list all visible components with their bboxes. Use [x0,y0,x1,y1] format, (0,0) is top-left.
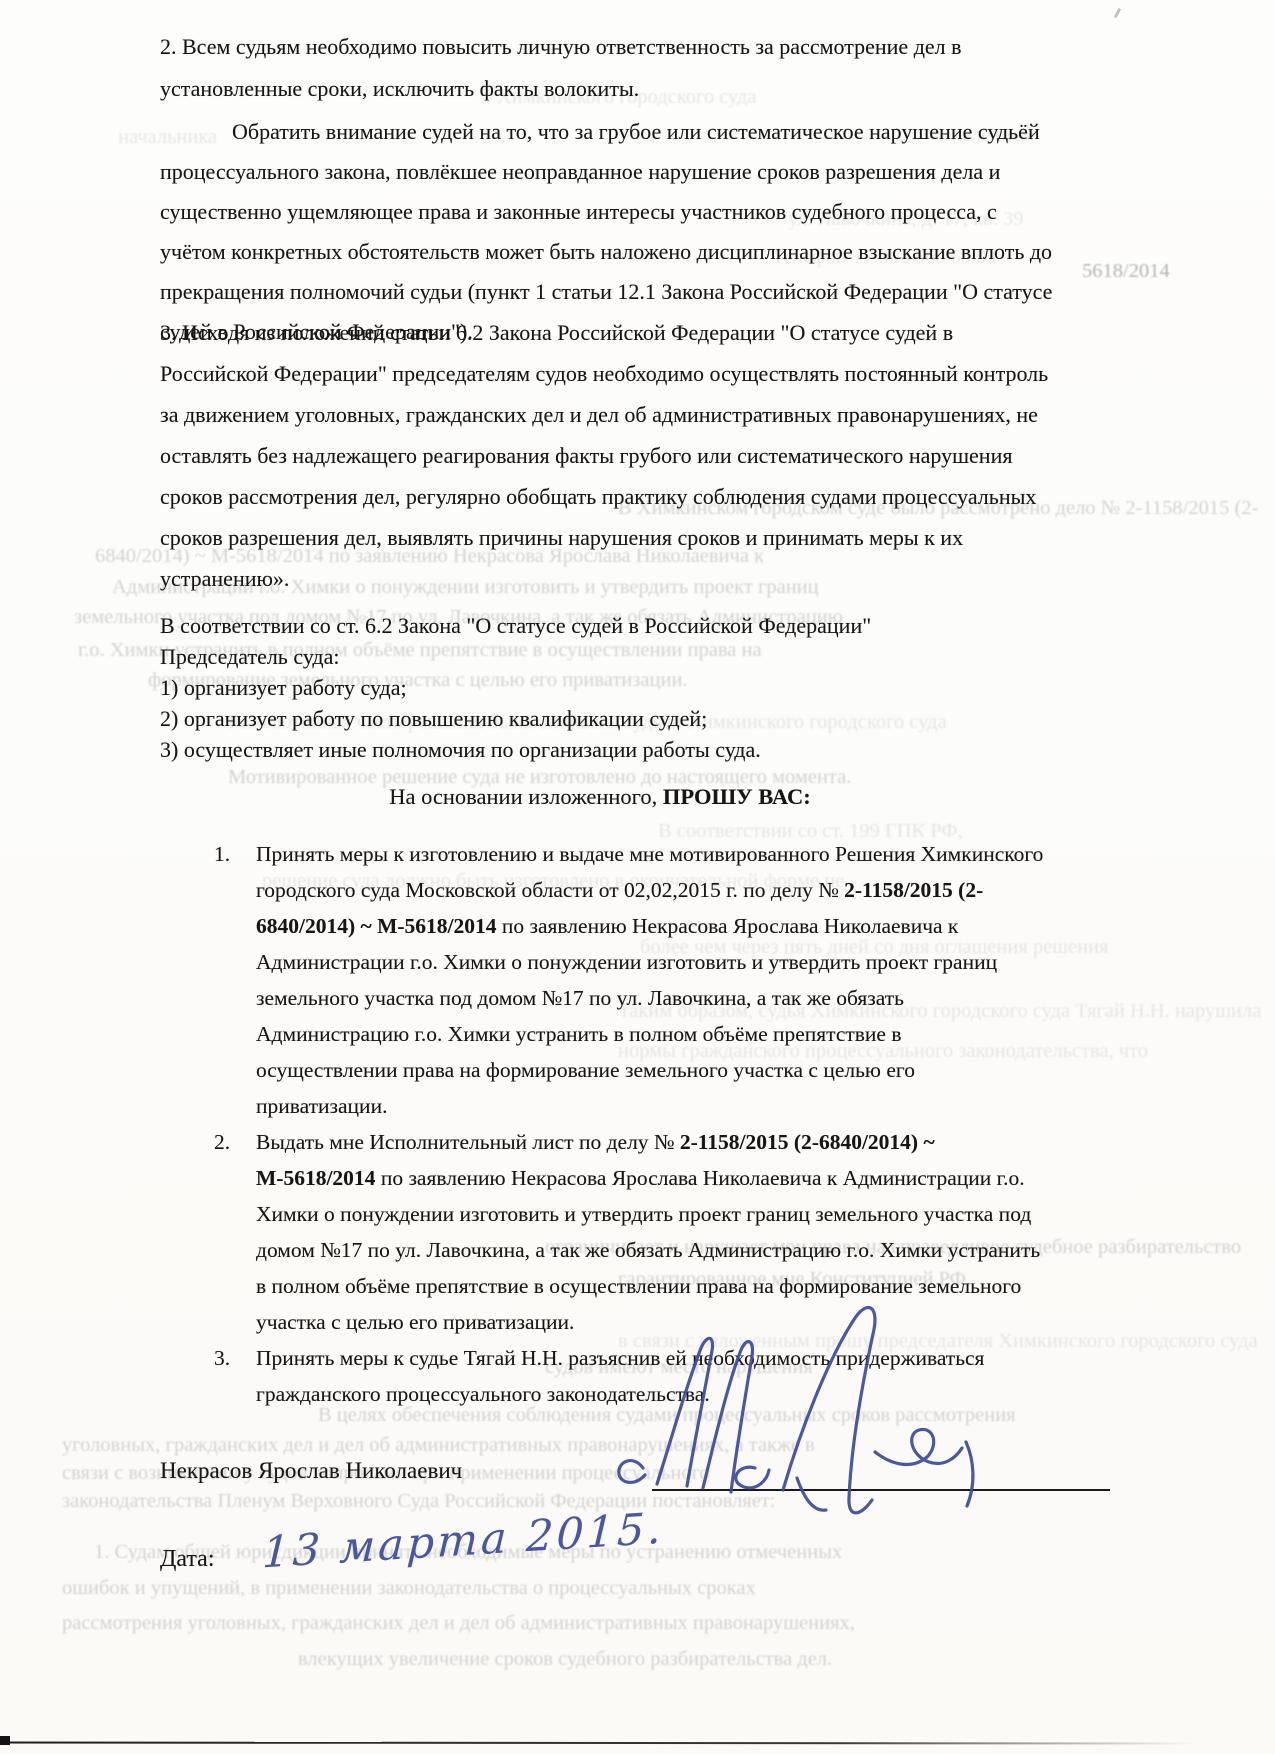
date-label: Дата: [160,1546,215,1573]
paragraph-3: 3. Исходя из положений статьи 6.2 Закона… [160,312,1055,599]
law-intro: В соответствии со ст. 6.2 Закона "О стат… [160,610,1060,641]
bleedthrough-line: 5618/2014 [1082,260,1170,283]
request-heading: На основании изложенного, ПРОШУ ВАС: [160,784,1040,810]
item-number: 2. [214,1124,230,1160]
signature-ink [545,1272,1065,1527]
scan-speck [1114,8,1121,18]
request-prefix: На основании изложенного, [389,784,663,809]
bleedthrough-line: рассмотрения уголовных, гражданских дел … [62,1612,855,1635]
chairman-line: Председатель суда: [160,641,1060,672]
duty-3: 3) осуществляет иные полномочия по орган… [160,734,1060,765]
scan-edge-bottom [0,1741,1195,1744]
bleedthrough-line: влекущих увеличение сроков судебного раз… [298,1648,832,1671]
request-bold: ПРОШУ ВАС: [663,784,811,809]
date-handwritten: 13 марта 2015. [261,1504,665,1579]
bleedthrough-line: ошибок и упущений, в применении законода… [62,1577,756,1600]
item-text: по заявлению Некрасова Ярослава Николаев… [256,914,997,1118]
scanned-document-page: Химкинского городского суда начальника з… [0,0,1275,1754]
item-number: 3. [214,1340,230,1376]
paragraph-2: 2. Всем судьям необходимо повысить личну… [160,26,1040,110]
duty-2: 2) организует работу по повышению квалиф… [160,703,1060,734]
item-number: 1. [214,836,230,872]
duty-1: 1) организует работу суда; [160,672,1060,703]
law-block: В соответствии со ст. 6.2 Закона "О стат… [160,610,1060,765]
signature-name: Некрасов Ярослав Николаевич [160,1458,462,1484]
scan-corner-mark [0,1736,10,1745]
item-text: Выдать мне Исполнительный лист по делу № [256,1130,680,1154]
petition-item-1: 1. Принять меры к изготовлению и выдаче … [212,836,1044,1124]
